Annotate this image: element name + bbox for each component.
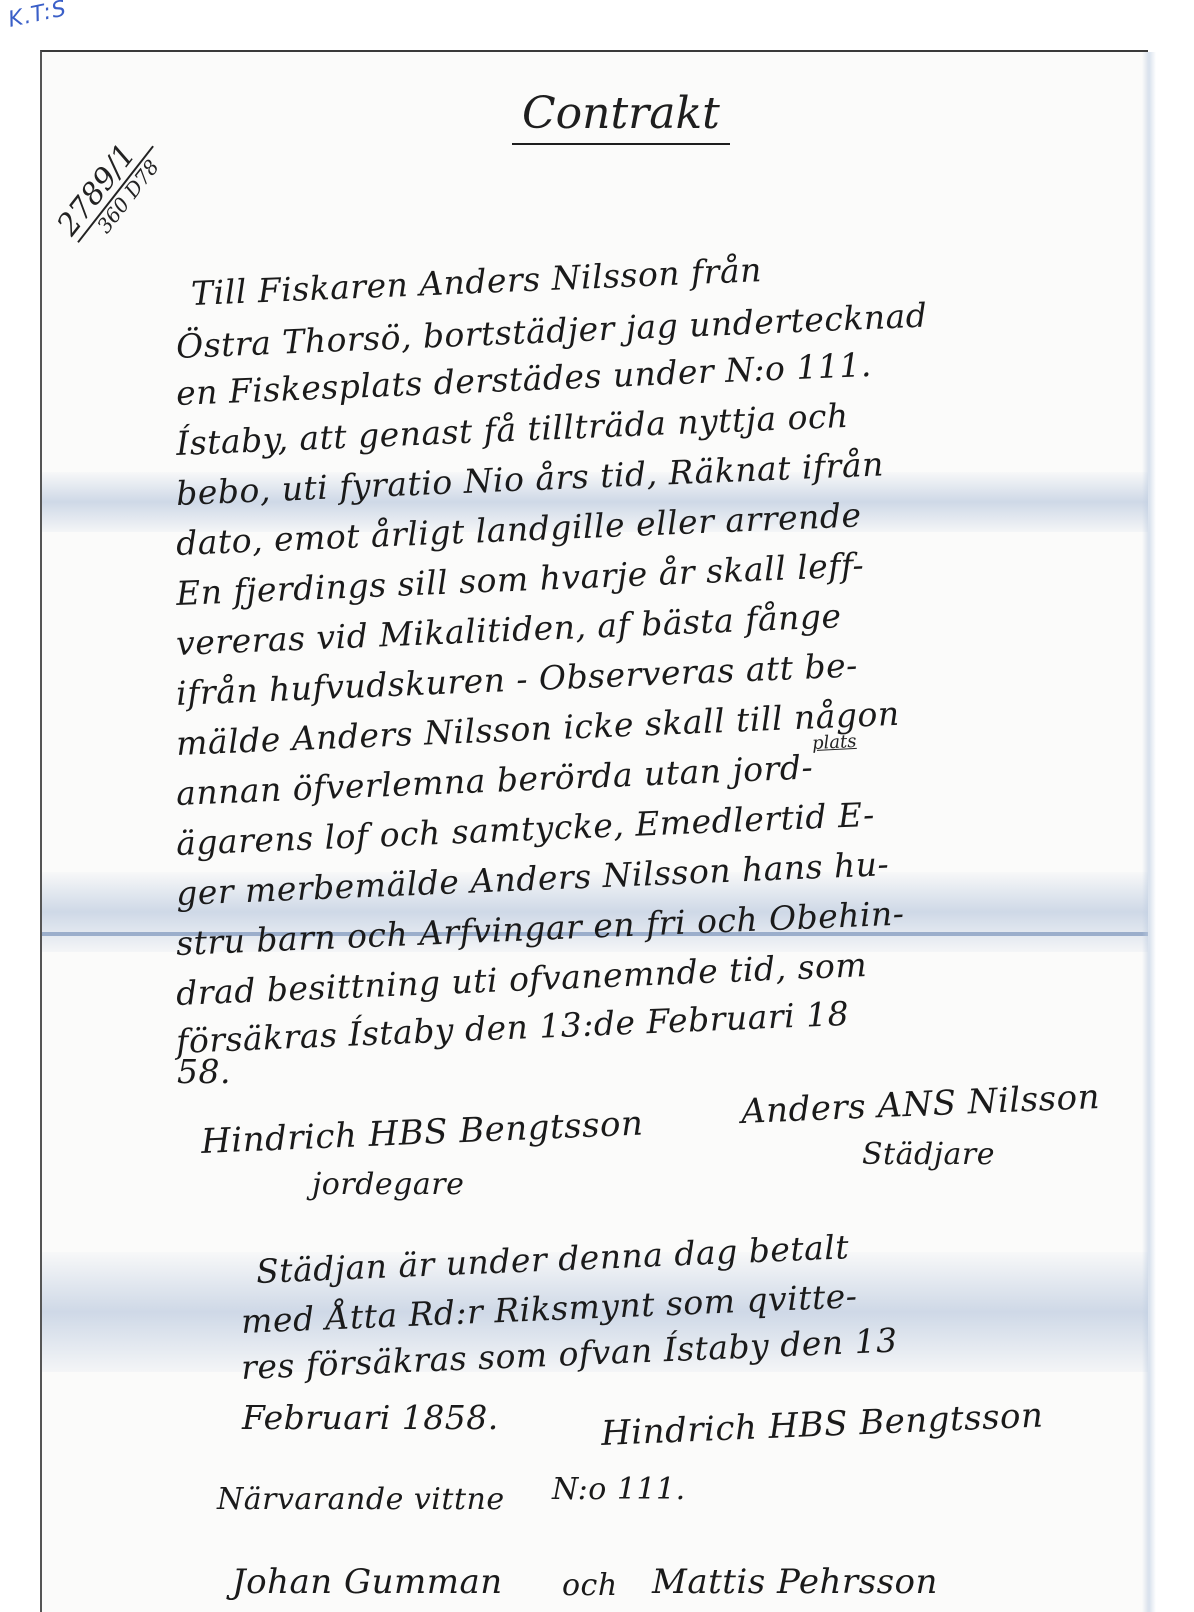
document-page: 2789/1 360 D78 Contrakt Till Fiskaren An… [40,50,1148,1612]
archive-pencil-mark: K.T:S [6,0,69,33]
witness-signature-first: Johan Gumman [232,1562,503,1602]
document-title: Contrakt [512,88,730,145]
reference-number: 2789/1 360 D78 [52,126,170,255]
signature-tenant: Anders ANS Nilsson [740,1077,1100,1132]
signature-landowner-role: jordegare [312,1167,464,1202]
body-line: 58. [177,1052,231,1091]
body-line: Till Fiskaren Anders Nilsson från [190,250,762,313]
witness-conjunction: och [562,1568,618,1603]
receipt-line: Februari 1858. [242,1398,499,1437]
witness-signature-second: Mattis Pehrsson [652,1562,938,1602]
signature-tenant-role: Städjare [862,1137,995,1172]
receipt-signature: Hindrich HBS Bengtsson [600,1396,1044,1454]
interlinear-insert: plats [811,731,857,754]
witness-number: N:o 111. [552,1472,686,1507]
signature-landowner: Hindrich HBS Bengtsson [200,1104,644,1162]
witness-label: Närvarande vittne [217,1482,505,1517]
